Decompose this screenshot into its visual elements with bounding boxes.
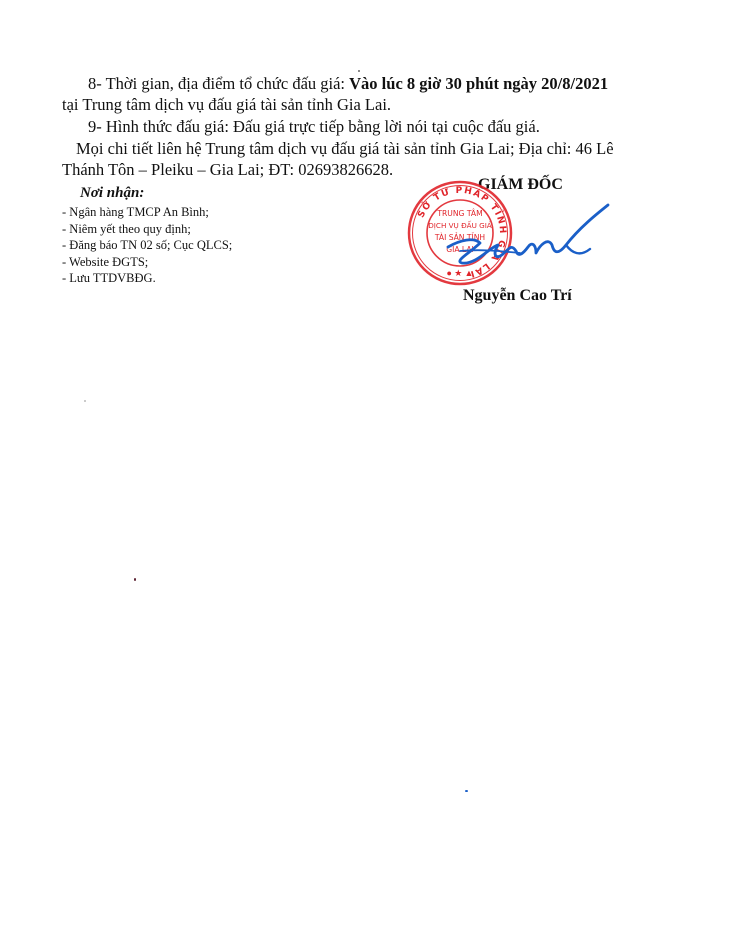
- contact-line-1: Mọi chi tiết liên hệ Trung tâm dịch vụ đ…: [76, 139, 614, 159]
- scan-speck: [358, 70, 360, 72]
- recipient-item: - Đăng báo TN 02 số; Cục QLCS;: [62, 237, 232, 254]
- contact-line-2: Thánh Tôn – Pleiku – Gia Lai; ĐT: 026938…: [62, 160, 393, 180]
- item-8-label: 8- Thời gian, địa điểm tổ chức đấu giá:: [88, 74, 349, 93]
- recipients-list: - Ngân hàng TMCP An Bình; - Niêm yết the…: [62, 204, 232, 287]
- recipient-item: - Ngân hàng TMCP An Bình;: [62, 204, 232, 221]
- item-8-datetime: Vào lúc 8 giờ 30 phút ngày 20/8/2021: [349, 74, 608, 93]
- scan-speck: [84, 400, 86, 402]
- scan-speck: [465, 790, 468, 792]
- recipient-item: - Lưu TTDVBĐG.: [62, 270, 232, 287]
- recipient-item: - Website ĐGTS;: [62, 254, 232, 271]
- item-9: 9- Hình thức đấu giá: Đấu giá trực tiếp …: [88, 117, 540, 137]
- recipients-title: Nơi nhận:: [80, 185, 144, 202]
- scan-speck: [134, 578, 136, 581]
- signer-name: Nguyễn Cao Trí: [463, 287, 572, 305]
- item-8-line-1: 8- Thời gian, địa điểm tổ chức đấu giá: …: [88, 74, 608, 94]
- handwritten-signature-icon: [440, 195, 630, 275]
- recipient-item: - Niêm yết theo quy định;: [62, 221, 232, 238]
- item-8-line-2: tại Trung tâm dịch vụ đấu giá tài sản tỉ…: [62, 95, 391, 115]
